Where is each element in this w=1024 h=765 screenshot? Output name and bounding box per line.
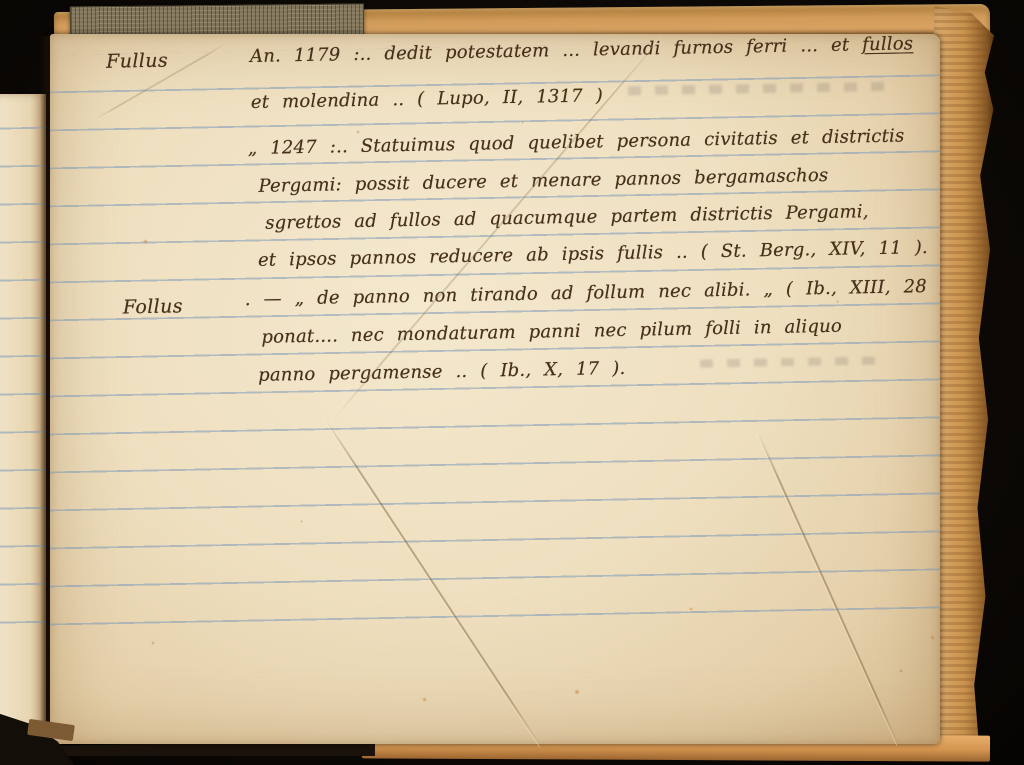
foxing-spot (689, 607, 693, 611)
manuscript-line-2: et molendina .. ( Lupo, II, 1317 ) (251, 85, 603, 113)
manuscript-line-7: . — „ de panno non tirando ad follum nec… (245, 274, 940, 310)
line-1-text: An. 1179 :.. dedit potestatem ... levand… (250, 34, 863, 67)
manuscript-line-1: An. 1179 :.. dedit potestatem ... levand… (250, 34, 914, 67)
foxing-spot (899, 669, 903, 673)
foxing-spot (143, 239, 148, 244)
manuscript-line-4: Pergami: possit ducere et menare pannos … (258, 165, 828, 197)
foxing-spot (930, 635, 935, 640)
notebook-page: Fullus Follus An. 1179 :.. dedit potesta… (50, 34, 940, 744)
handwriting-layer: Fullus Follus An. 1179 :.. dedit potesta… (50, 34, 940, 744)
manuscript-line-8: ponat.... nec mondaturam panni nec pilum… (261, 316, 842, 348)
foxing-spot (300, 520, 303, 523)
notebook-photo: Fullus Follus An. 1179 :.. dedit potesta… (0, 0, 1024, 765)
manuscript-line-5: sgrettos ad fullos ad quacumque partem d… (265, 201, 869, 234)
foxing-spot (151, 641, 155, 645)
underlined-word: fullos (862, 34, 913, 55)
foxing-spot (422, 697, 427, 702)
foxing-spot (836, 300, 839, 303)
margin-label-fullus: Fullus (106, 50, 168, 73)
manuscript-line-3: „ 1247 :.. Statuimus quod quelibet perso… (248, 125, 905, 159)
manuscript-line-9: panno pergamense .. ( Ib., X, 17 ). (258, 358, 626, 386)
margin-label-follus: Follus (123, 295, 184, 318)
manuscript-line-6: et ipsos pannos reducere ab ipsis fullis… (258, 237, 928, 271)
foxing-spot (356, 130, 360, 134)
foxing-spot (574, 689, 580, 695)
foxing-spot (521, 121, 524, 124)
